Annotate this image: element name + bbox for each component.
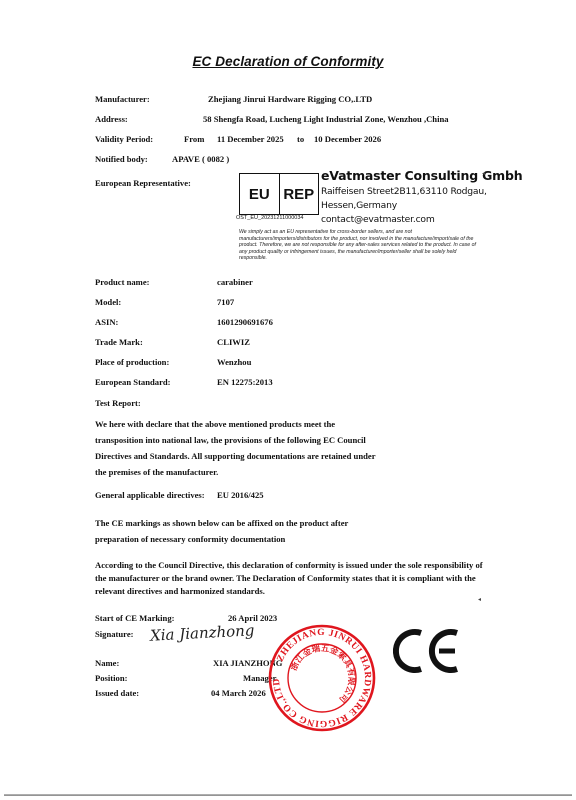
product-field-value: EN 12275:2013: [217, 377, 273, 387]
validity-label: Validity Period:: [95, 134, 153, 144]
directives-label: General applicable directives:: [95, 490, 205, 500]
product-field-value: 1601290691676: [217, 317, 273, 327]
product-field-label: Test Report:: [95, 398, 141, 408]
council-line: According to the Council Directive, this…: [95, 559, 483, 572]
product-field-label: Place of production:: [95, 357, 169, 367]
eu-rep-company: eVatmaster Consulting Gmbh: [321, 168, 522, 183]
manufacturer-label: Manufacturer:: [95, 94, 150, 104]
product-field-value: 7107: [217, 297, 234, 307]
directives-value: EU 2016/425: [217, 490, 264, 500]
product-field-value: Wenzhou: [217, 357, 251, 367]
issued-date-value: 04 March 2026: [211, 688, 266, 698]
product-field-label: Product name:: [95, 277, 150, 287]
declaration-line: the premises of the manufacturer.: [95, 464, 376, 480]
document-title: EC Declaration of Conformity: [0, 54, 576, 69]
product-field-label: Trade Mark:: [95, 337, 143, 347]
eu-rep-address-line1: Raiffeisen Street2B11,63110 Rodgau,: [321, 186, 487, 197]
validity-from-word: From: [184, 134, 204, 144]
notified-body-label: Notified body:: [95, 154, 148, 164]
page-edge: [4, 794, 572, 796]
paragraph-mark: ◂: [482, 170, 485, 177]
product-field-value: CLIWIZ: [217, 337, 250, 347]
validity-to-word: to: [297, 134, 304, 144]
eu-rep-disclaimer: We simply act as an EU representative fo…: [239, 229, 484, 262]
ce-marking-paragraph: The CE markings as shown below can be af…: [95, 515, 348, 547]
svg-text:ZHEJIANG JINRUI HARDWARE RIGGI: ZHEJIANG JINRUI HARDWARE RIGGING CO.,LTD: [272, 628, 372, 728]
start-ce-label: Start of CE Marking:: [95, 613, 174, 623]
signature-label: Signature:: [95, 629, 134, 639]
validity-to-date: 10 December 2026: [314, 134, 381, 144]
stamp-inner-text: 浙江金瑞五金索具有限公司: [288, 643, 357, 706]
eu-rep-label: European Representative:: [95, 178, 191, 188]
issued-date-label: Issued date:: [95, 688, 139, 698]
declaration-paragraph: We here with declare that the above ment…: [95, 416, 376, 480]
stamp-outer-text: ZHEJIANG JINRUI HARDWARE RIGGING CO.,LTD: [272, 628, 372, 728]
product-field-label: Model:: [95, 297, 121, 307]
product-field-value: carabiner: [217, 277, 253, 287]
address-value: 58 Shengfa Road, Lucheng Light Industria…: [203, 114, 449, 124]
eu-rep-address-line2: Hessen,Germany: [321, 200, 397, 211]
eu-rep-logo: EU REP: [239, 173, 319, 215]
validity-from-date: 11 December 2025: [217, 134, 284, 144]
signature: Xia Jianzhong: [150, 621, 255, 644]
declaration-line: We here with declare that the above ment…: [95, 416, 376, 432]
product-field-label: European Standard:: [95, 377, 171, 387]
declaration-line: transposition into national law, the pro…: [95, 432, 376, 448]
eu-rep-box-left: EU: [240, 174, 279, 214]
paragraph-mark: ◂: [478, 596, 481, 603]
notified-body-value: APAVE ( 0082 ): [172, 154, 229, 164]
eu-rep-email: contact@evatmaster.com: [321, 214, 435, 225]
manufacturer-value: Zhejiang Jinrui Hardware Rigging CO,.LTD: [208, 94, 372, 104]
council-paragraph: According to the Council Directive, this…: [95, 559, 483, 598]
ce-mark-icon: [393, 628, 461, 674]
name-label: Name:: [95, 658, 119, 668]
declaration-line: Directives and Standards. All supporting…: [95, 448, 376, 464]
council-line: relevant directives and harmonized stand…: [95, 585, 483, 598]
product-field-label: ASIN:: [95, 317, 118, 327]
company-stamp: ZHEJIANG JINRUI HARDWARE RIGGING CO.,LTD…: [268, 624, 376, 732]
svg-text:浙江金瑞五金索具有限公司: 浙江金瑞五金索具有限公司: [288, 643, 357, 706]
eu-rep-box-right: REP: [279, 174, 319, 214]
position-label: Position:: [95, 673, 127, 683]
ce-marking-line: preparation of necessary conformity docu…: [95, 531, 348, 547]
council-line: the manufacturer or the brand owner. The…: [95, 572, 483, 585]
ce-marking-line: The CE markings as shown below can be af…: [95, 515, 348, 531]
eu-rep-id: OST_EU_20231211000034: [236, 215, 303, 221]
address-label: Address:: [95, 114, 128, 124]
